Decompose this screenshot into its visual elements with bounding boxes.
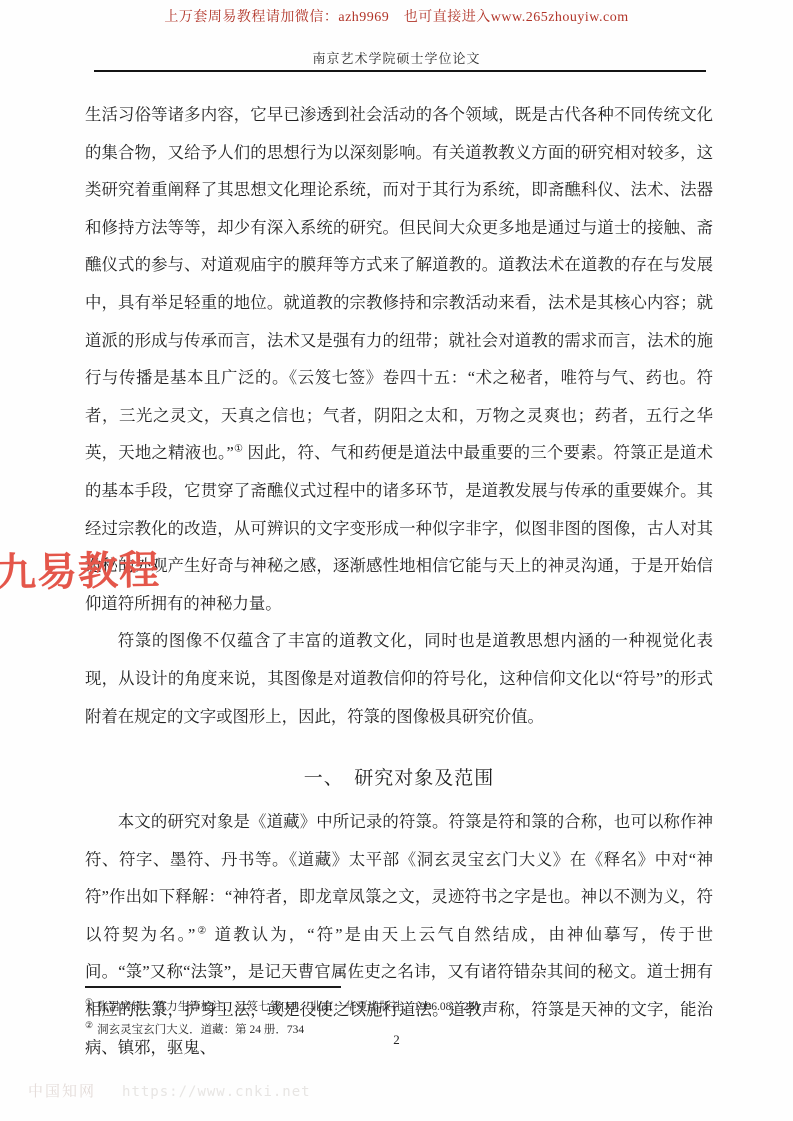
thesis-page: 上万套周易教程请加微信：azh9969 也可直接进入www.265zhouyiw… <box>0 0 793 1121</box>
footnote-ref: ① <box>234 444 243 455</box>
paragraph: 生活习俗等诸多内容，它早已渗透到社会活动的各个领域，既是古代各种不同传统文化的集… <box>85 96 713 622</box>
cnki-watermark-url: https://www.cnki.net <box>122 1084 311 1100</box>
footnote-ref: ② <box>195 925 208 936</box>
header-rule <box>94 70 706 72</box>
ad-banner-text: 上万套周易教程请加微信：azh9969 也可直接进入www.265zhouyiw… <box>0 6 793 26</box>
running-head: 南京艺术学院硕士学位论文 <box>0 48 793 67</box>
section-heading: 一、 研究对象及范围 <box>85 763 713 790</box>
red-watermark: 九易教程 <box>0 539 160 599</box>
paragraph: 符箓的图像不仅蕴含了丰富的道教文化，同时也是道教思想内涵的一种视觉化表现，从设计… <box>85 622 713 735</box>
footnote-rule <box>85 986 341 988</box>
footnote-marker: ① <box>85 997 93 1007</box>
page-number: 2 <box>0 1032 793 1048</box>
footnote-area: ①张君房辑；蒋力生等校注．云笈七签[M]．北京：华夏出版社，1996.08．26… <box>85 986 713 1039</box>
cnki-watermark-name: 中国知网 <box>28 1080 96 1101</box>
footnote-marker: ② <box>85 1020 93 1030</box>
content-area: 生活习俗等诸多内容，它早已渗透到社会活动的各个领域，既是古代各种不同传统文化的集… <box>85 96 713 1066</box>
cnki-watermark: 中国知网 https://www.cnki.net <box>28 1080 311 1101</box>
footnote-item: ①张君房辑；蒋力生等校注．云笈七签[M]．北京：华夏出版社，1996.08．26… <box>85 993 713 1016</box>
